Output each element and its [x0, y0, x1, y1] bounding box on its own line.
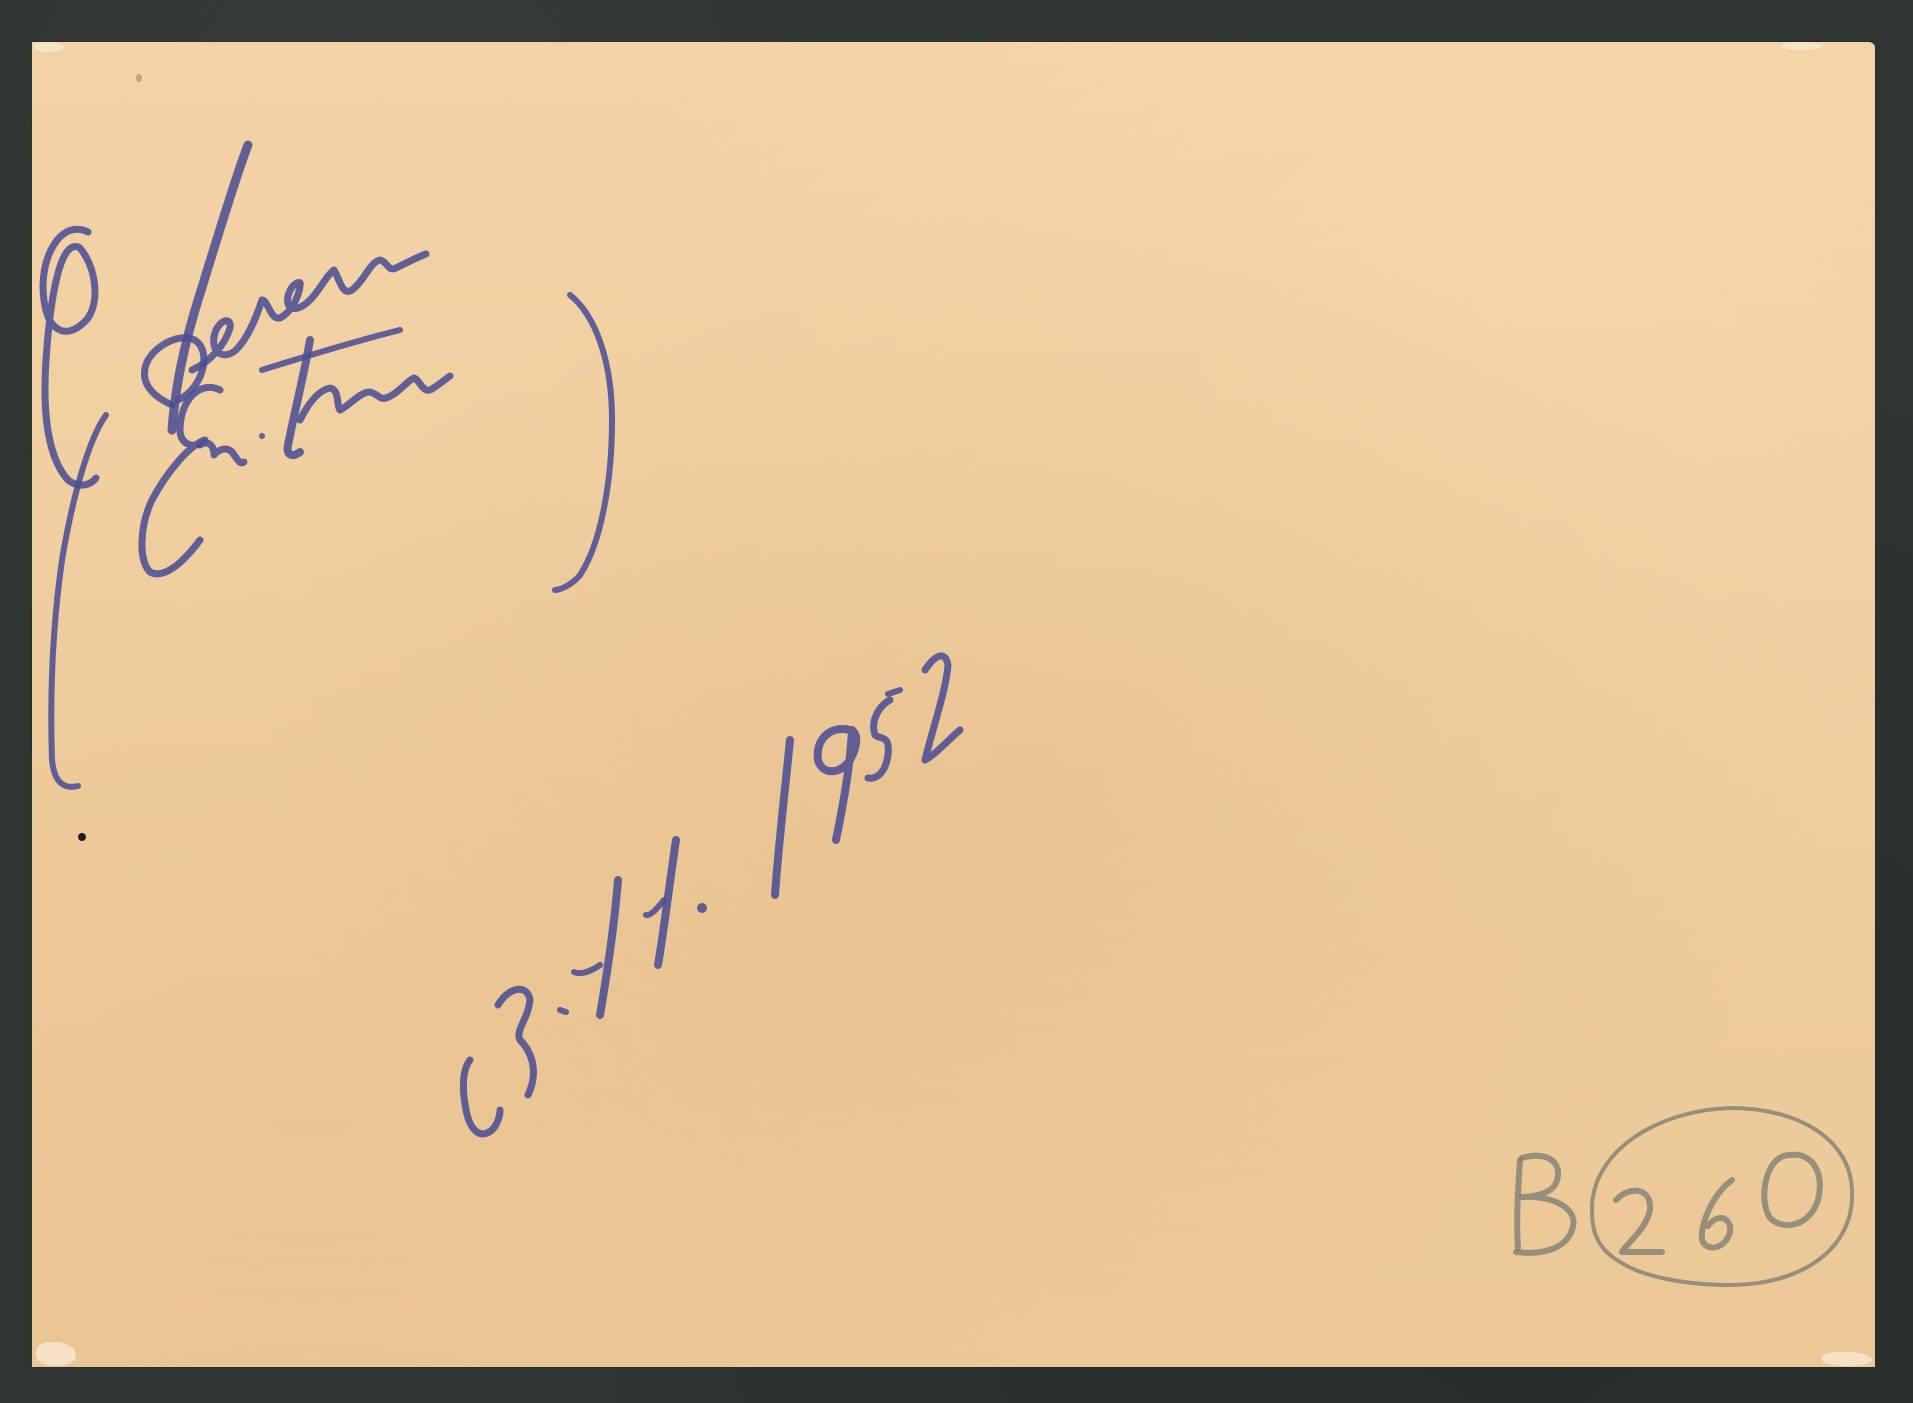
region-text: (Eritrea) [60, 480, 410, 573]
catalog-number-text: 260 [1615, 1170, 1749, 1252]
ink-dot [78, 833, 86, 841]
catalog-prefix-text: B [1515, 1170, 1566, 1252]
place-name-text: Cheren [60, 250, 357, 343]
corner-wear-bottom-left [36, 1342, 76, 1366]
edge-wear-top-right [1782, 42, 1822, 50]
corner-wear-bottom-right [1822, 1352, 1872, 1366]
paper-card [32, 42, 1875, 1367]
date-text: 23 · 11 · 1952 [460, 900, 1020, 993]
corner-wear-top-left [34, 42, 64, 52]
foxing-spot [136, 74, 142, 82]
